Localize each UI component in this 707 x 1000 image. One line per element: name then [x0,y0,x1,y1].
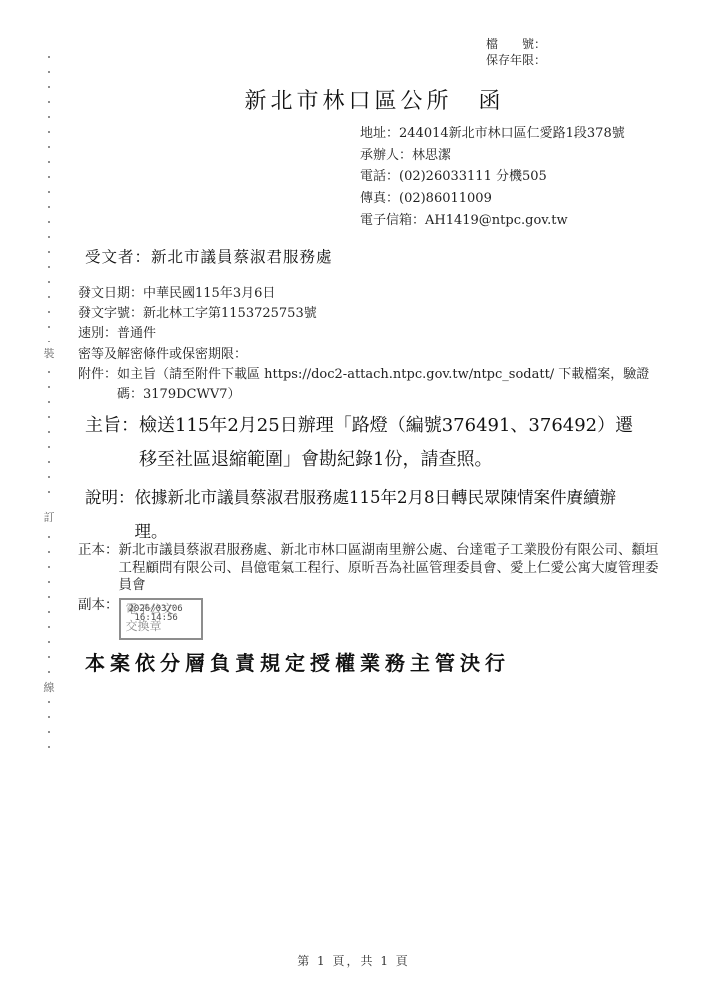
stamp-time: 16:14:56 [129,613,178,623]
explanation-paragraph: 說明： 依據新北市議員蔡淑君服務處115年2月8日轉民眾陳情案件賡續辦理。 [85,481,642,549]
original-recipients-label: 正本： [78,542,119,560]
stamp-timestamp: 2026/03/06 16:14:56 [129,605,183,624]
speed-label: 速別： [78,324,117,344]
sender-fax: 傳真：(02)86011009 [360,188,672,210]
sender-phone: 電話：(02)26033111 分機505 [360,166,672,188]
sender-info-block: 地址：244014新北市林口區仁愛路1段378號 承辦人：林思潔 電話：(02)… [360,123,672,232]
copy-recipients-label: 副本： [78,597,119,615]
binding-mark-xian: 線 [43,676,55,698]
sender-address: 地址：244014新北市林口區仁愛路1段378號 [360,123,672,145]
page-number-footer: 第 1 頁，共 1 頁 [0,952,707,969]
security-row: 密等及解密條件或保密期限： [78,345,664,365]
attachment-label: 附件： [78,365,117,385]
issue-date-label: 發文日期： [78,284,143,304]
binding-dotted-line [48,56,50,748]
issue-date-row: 發文日期： 中華民國115年3月6日 [78,284,664,304]
stamp-date: 2026/03/06 [129,604,183,614]
security-label: 密等及解密條件或保密期限： [78,345,247,365]
binding-mark-ding: 訂 [43,506,55,528]
file-number-block: 檔 號： 保存年限： [486,36,546,68]
authorization-note: 本案依分層負責規定授權業務主管決行 [85,647,510,676]
binding-mark-zhuang: 裝 [43,342,55,364]
official-letter-page: 裝 訂 線 檔 號： 保存年限： 新北市林口區公所 函 地址：244014新北市… [0,0,707,1000]
subject-paragraph: 主旨： 檢送115年2月25日辦理「路燈（編號376491、376492）遷移至… [85,409,642,477]
binding-margin-rail: 裝 訂 線 [48,56,50,748]
speed-value: 普通件 [117,324,664,344]
speed-row: 速別： 普通件 [78,324,664,344]
electronic-exchange-stamp: 電子公文 交換章 2026/03/06 16:14:56 [119,598,203,640]
issue-date-value: 中華民國115年3月6日 [143,284,664,304]
recipient-value: 新北市議員蔡淑君服務處 [151,248,333,266]
retention-period-label: 保存年限： [486,52,546,68]
sender-email: 電子信箱：AH1419@ntpc.gov.tw [360,210,672,232]
subject-label: 主旨： [85,409,139,443]
attachment-row: 附件： 如主旨（請至附件下載區 https://doc2-attach.ntpc… [78,365,664,405]
original-recipients-value: 新北市議員蔡淑君服務處、新北市林口區湖南里辦公處、台達電子工業股份有限公司、纇垣… [119,542,671,595]
doc-number-label: 發文字號： [78,304,143,324]
original-recipients-row: 正本： 新北市議員蔡淑君服務處、新北市林口區湖南里辦公處、台達電子工業股份有限公… [78,542,670,595]
copy-recipients-row: 副本： 電子公文 交換章 2026/03/06 16:14:56 [78,597,670,640]
document-title: 新北市林口區公所 函 [0,84,707,115]
sender-contact-person: 承辦人：林思潔 [360,145,672,167]
doc-number-value: 新北林工字第1153725753號 [143,304,664,324]
document-meta-block: 發文日期： 中華民國115年3月6日 發文字號： 新北林工字第115372575… [78,284,664,405]
explanation-value: 依據新北市議員蔡淑君服務處115年2月8日轉民眾陳情案件賡續辦理。 [135,481,643,549]
recipient-label: 受文者： [85,248,151,266]
subject-value: 檢送115年2月25日辦理「路燈（編號376491、376492）遷移至社區退縮… [139,409,642,477]
doc-number-row: 發文字號： 新北林工字第1153725753號 [78,304,664,324]
recipient-line: 受文者：新北市議員蔡淑君服務處 [85,245,333,267]
file-number-label: 檔 號： [486,36,546,52]
explanation-label: 說明： [85,481,135,515]
distribution-block: 正本： 新北市議員蔡淑君服務處、新北市林口區湖南里辦公處、台達電子工業股份有限公… [78,542,670,640]
attachment-value: 如主旨（請至附件下載區 https://doc2-attach.ntpc.gov… [117,365,664,405]
